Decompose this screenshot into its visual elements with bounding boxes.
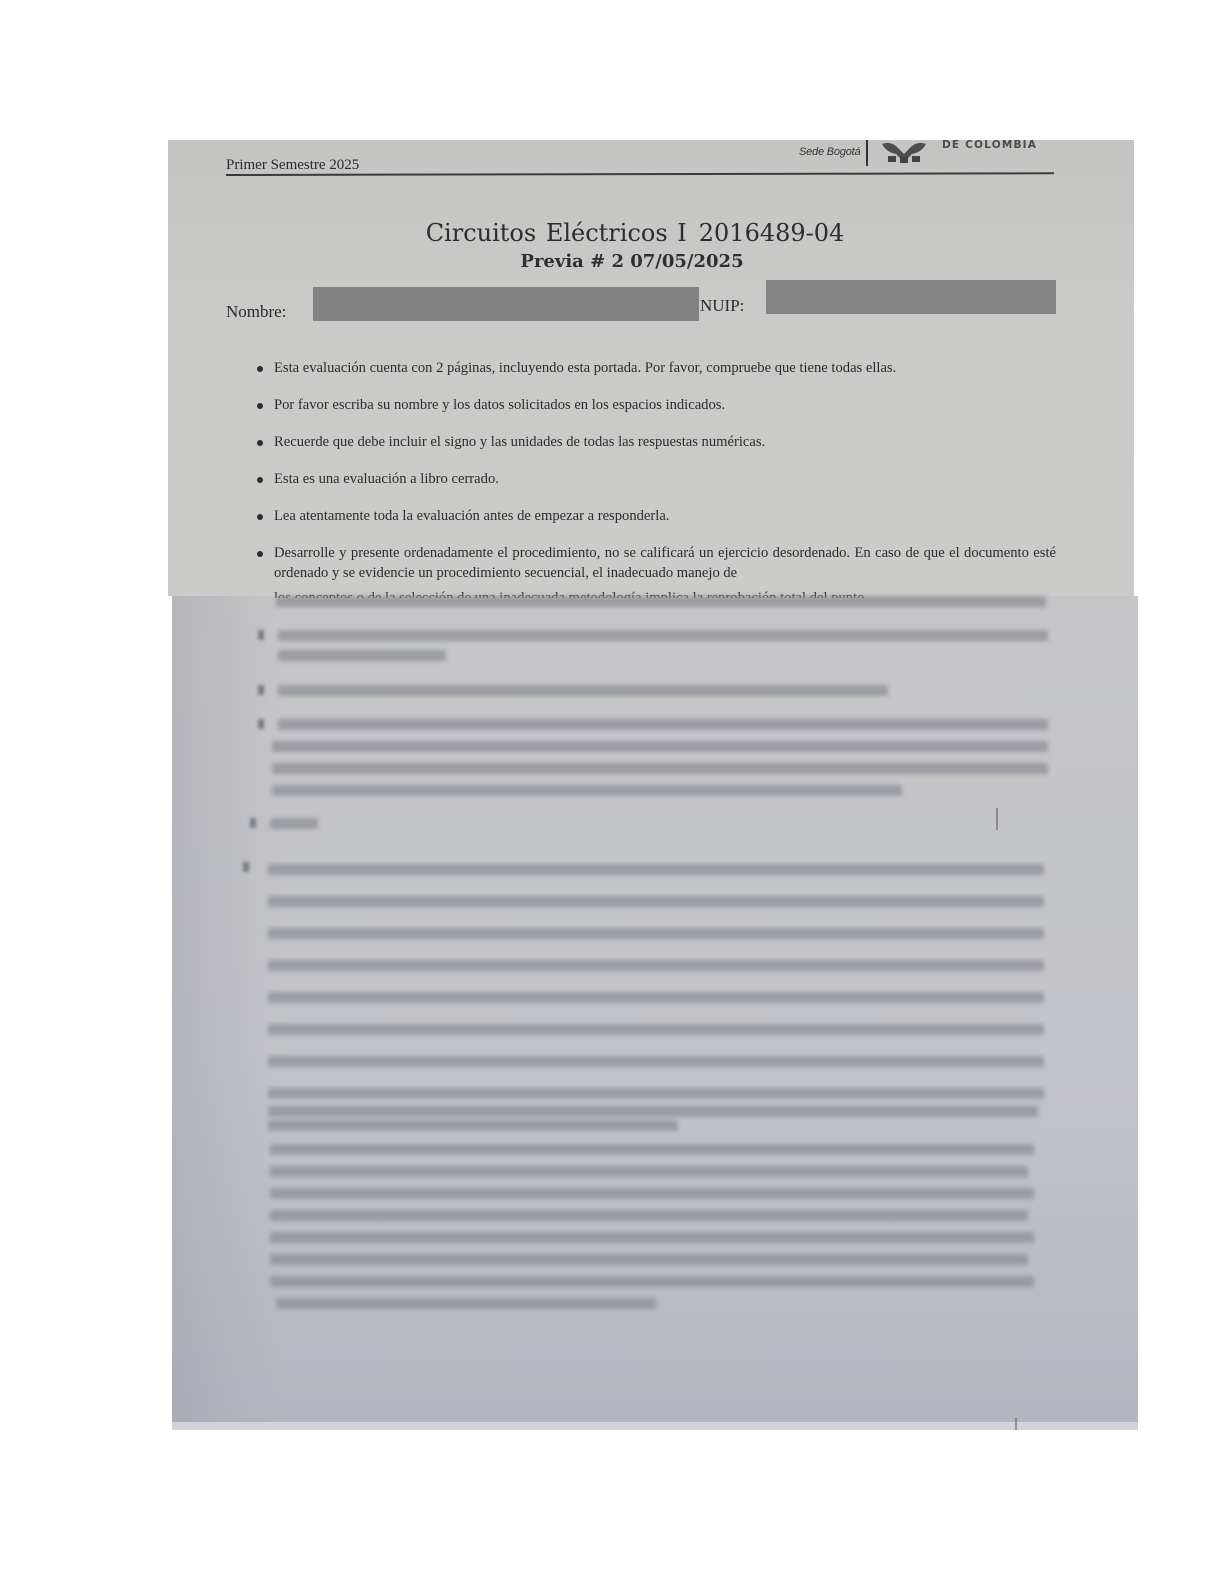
blurred-text-line — [268, 1088, 1044, 1099]
blurred-text-line — [272, 785, 902, 796]
instruction-item: Esta evaluación cuenta con 2 páginas, in… — [256, 358, 1056, 378]
blurred-text-line — [268, 1106, 1038, 1117]
blurred-text-line — [268, 928, 1044, 939]
blurred-text-line — [270, 1254, 1028, 1265]
blurred-text-line — [278, 685, 888, 696]
blurred-text-line — [272, 763, 1048, 774]
exam-title: Circuitos Eléctricos I2016489-04 — [0, 219, 1224, 247]
blurred-text-line — [270, 818, 318, 829]
blurred-text-line — [278, 719, 1048, 730]
blurred-text-line — [276, 596, 1046, 607]
blurred-bullet — [258, 719, 264, 729]
blurred-bullet — [250, 818, 256, 828]
blurred-text-line — [270, 1144, 1034, 1155]
blurred-bullet — [243, 862, 249, 872]
blurred-text-line — [278, 650, 446, 661]
blurred-text-line — [270, 1210, 1028, 1221]
blurred-bullet — [258, 630, 264, 640]
blurred-text-line — [268, 1120, 678, 1131]
page-shadow — [172, 596, 282, 1430]
blurred-text-line — [272, 741, 1048, 752]
page-mark — [1015, 1418, 1017, 1430]
blurred-text-line — [278, 630, 1048, 641]
instructions-list: Esta evaluación cuenta con 2 páginas, in… — [256, 358, 1056, 600]
course-name: Circuitos Eléctricos I — [426, 219, 687, 247]
blurred-bullet — [258, 685, 264, 695]
instruction-item: Desarrolle y presente ordenadamente el p… — [256, 543, 1056, 583]
blurred-text-line — [270, 1232, 1034, 1243]
blurred-text-line — [268, 960, 1044, 971]
logo-divider — [866, 140, 868, 166]
instruction-item: Esta es una evaluación a libro cerrado. — [256, 469, 1056, 489]
exam-subtitle: Previa # 2 07/05/2025 — [0, 251, 1224, 272]
campus-label: Sede Bogotá — [799, 146, 860, 158]
blurred-text-line — [268, 1056, 1044, 1067]
course-code: 2016489-04 — [699, 219, 845, 247]
instruction-item: Recuerde que debe incluir el signo y las… — [256, 432, 1056, 452]
blurred-text-line — [268, 896, 1044, 907]
blurred-text-line — [270, 1188, 1034, 1199]
blurred-text-line — [270, 1276, 1034, 1287]
blurred-text-line — [268, 1024, 1044, 1035]
nuip-field-redacted — [766, 280, 1056, 314]
instruction-item: Lea atentamente toda la evaluación antes… — [256, 506, 1056, 526]
university-crest-icon — [878, 140, 930, 164]
blurred-text-line — [268, 864, 1044, 875]
nuip-label: NUIP: — [700, 296, 744, 316]
blurred-text-line — [276, 1298, 656, 1309]
instruction-item: Por favor escriba su nombre y los datos … — [256, 395, 1056, 415]
university-name: DE COLOMBIA — [942, 139, 1037, 151]
blurred-text-line — [268, 992, 1044, 1003]
semester-label: Primer Semestre 2025 — [226, 157, 359, 174]
blurred-text-line — [270, 1166, 1028, 1177]
page-bottom-edge — [172, 1422, 1138, 1430]
name-label: Nombre: — [226, 302, 286, 322]
page-mark — [996, 808, 998, 830]
name-field-redacted — [313, 287, 699, 321]
